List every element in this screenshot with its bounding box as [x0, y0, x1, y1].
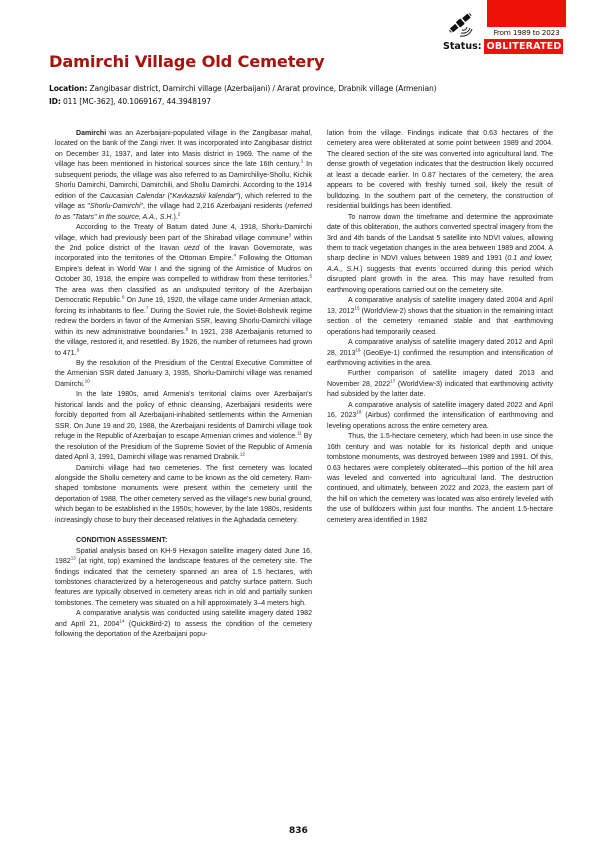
satellite-icon	[445, 8, 477, 38]
location-value: Zangibasar district, Damirchi village (A…	[90, 84, 437, 93]
status-label: Status:	[443, 41, 482, 52]
id-label: ID:	[49, 97, 61, 106]
status-block: From 1989 to 2023 Status: OBLITERATED	[425, 0, 595, 56]
site-metadata: Location: Zangibasar district, Damirchi …	[49, 83, 436, 108]
paragraph: Thus, the 1.5-hectare cemetery, which ha…	[327, 432, 553, 526]
paragraph: A comparative analysis of satellite imag…	[327, 401, 553, 432]
date-range: From 1989 to 2023	[487, 28, 566, 37]
left-column: Damirchi was an Azerbaijani-populated vi…	[55, 129, 312, 641]
paragraph: Damirchi village had two cemeteries. The…	[55, 464, 312, 527]
status-badge: OBLITERATED	[484, 39, 563, 54]
page-number: 836	[289, 826, 308, 836]
paragraph: Spatial analysis based on KH-9 Hexagon s…	[55, 547, 312, 610]
paragraph: Further comparison of satellite imagery …	[327, 369, 553, 400]
paragraph: A comparative analysis was conducted usi…	[55, 609, 312, 640]
section-heading: CONDITION ASSESSMENT:	[55, 536, 312, 546]
status-row: Status: OBLITERATED	[443, 39, 563, 54]
id-value: 011 [MC-362], 40.1069167, 44.3948197	[63, 97, 211, 106]
location-line: Location: Zangibasar district, Damirchi …	[49, 83, 436, 96]
paragraph: By the resolution of the Presidium of th…	[55, 359, 312, 390]
right-column: lation from the village. Findings indica…	[327, 129, 553, 526]
status-color-bar	[487, 0, 566, 27]
paragraph: To narrow down the timeframe and determi…	[327, 213, 553, 297]
paragraph: Damirchi was an Azerbaijani-populated vi…	[55, 129, 312, 223]
paragraph: A comparative analysis of satellite imag…	[327, 338, 553, 369]
id-line: ID: 011 [MC-362], 40.1069167, 44.3948197	[49, 96, 436, 109]
paragraph: In the late 1980s, amid Armenia's territ…	[55, 390, 312, 463]
page-title: Damirchi Village Old Cemetery	[49, 52, 324, 71]
paragraph: A comparative analysis of satellite imag…	[327, 296, 553, 338]
paragraph: According to the Treaty of Batum dated J…	[55, 223, 312, 359]
location-label: Location:	[49, 84, 87, 93]
paragraph: lation from the village. Findings indica…	[327, 129, 553, 213]
